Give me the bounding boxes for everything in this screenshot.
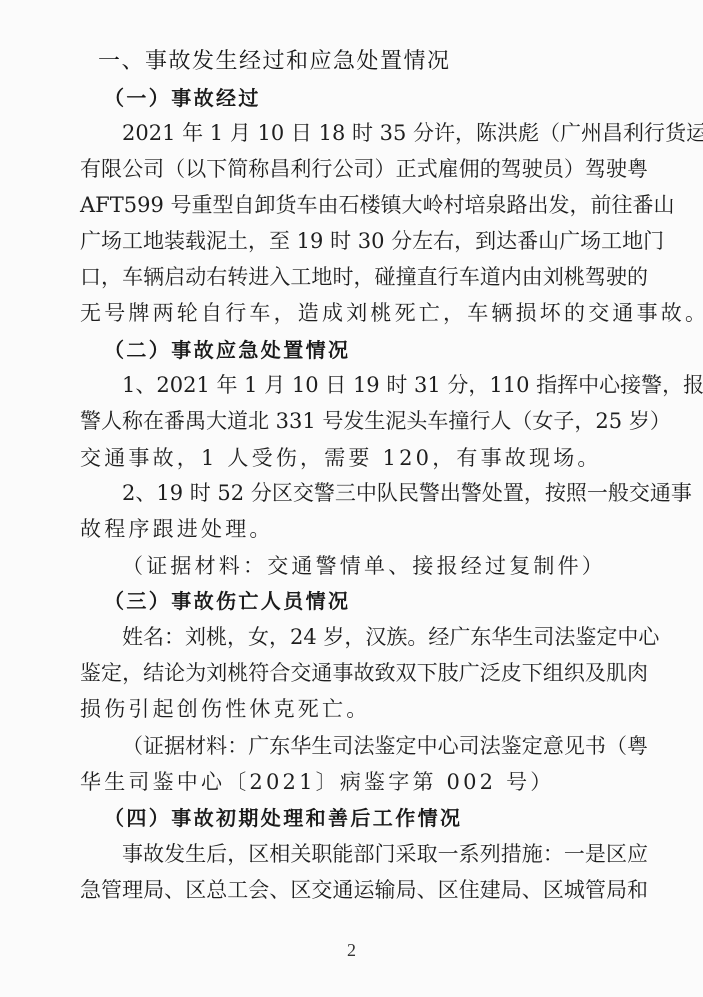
paragraph-line: 2、19 时 52 分区交警三中队民警出警处置，按照一般交通事 [122,475,648,511]
evidence-note: （证据材料：广东华生司法鉴定中心司法鉴定意见书（粤 [122,728,648,764]
paragraph-line: 广场工地装载泥土，至 19 时 30 分左右，到达番山广场工地门 [80,223,648,259]
evidence-note: 华生司鉴中心〔2021〕病鉴字第 002 号） [80,764,648,800]
paragraph-line: 2021 年 1 月 10 日 18 时 35 分许，陈洪彪（广州昌利行货运 [122,115,648,151]
paragraph-line: 故程序跟进处理。 [80,511,648,547]
paragraph-line: 无号牌两轮自行车，造成刘桃死亡，车辆损坏的交通事故。 [80,295,648,331]
paragraph-line: AFT599 号重型自卸货车由石楼镇大岭村培泉路出发，前往番山 [80,187,648,223]
paragraph-line: 交通事故，1 人受伤，需要 120，有事故现场。 [80,440,648,476]
section-heading-accident-process: （一）事故经过 [104,80,672,116]
paragraph-line: 事故发生后，区相关职能部门采取一系列措施：一是区应 [122,836,648,872]
paragraph-line: 警人称在番禺大道北 331 号发生泥头车撞行人（女子，25 岁） [80,403,648,439]
evidence-note: （证据材料：交通警情单、接报经过复制件） [122,548,648,584]
document-page: 一、事故发生经过和应急处置情况 （一）事故经过 2021 年 1 月 10 日 … [0,0,703,997]
paragraph-line: 损伤引起创伤性休克死亡。 [80,691,648,727]
paragraph-line: 鉴定，结论为刘桃符合交通事故致双下肢广泛皮下组织及肌肉 [80,655,648,691]
heading-level-1: 一、事故发生经过和应急处置情况 [98,44,666,80]
section-heading-casualties: （三）事故伤亡人员情况 [104,583,672,619]
paragraph-line: 1、2021 年 1 月 10 日 19 时 31 分，110 指挥中心接警，报 [122,367,648,403]
paragraph-line: 姓名：刘桃，女，24 岁，汉族。经广东华生司法鉴定中心 [122,619,648,655]
page-number: 2 [0,940,703,961]
section-heading-emergency-response: （二）事故应急处置情况 [104,332,672,368]
paragraph-line: 口，车辆启动右转进入工地时，碰撞直行车道内由刘桃驾驶的 [80,259,648,295]
paragraph-line: 急管理局、区总工会、区交通运输局、区住建局、区城管局和 [80,872,648,908]
paragraph-line: 有限公司（以下简称昌利行公司）正式雇佣的驾驶员）驾驶粤 [80,151,648,187]
section-heading-aftermath: （四）事故初期处理和善后工作情况 [104,800,672,836]
